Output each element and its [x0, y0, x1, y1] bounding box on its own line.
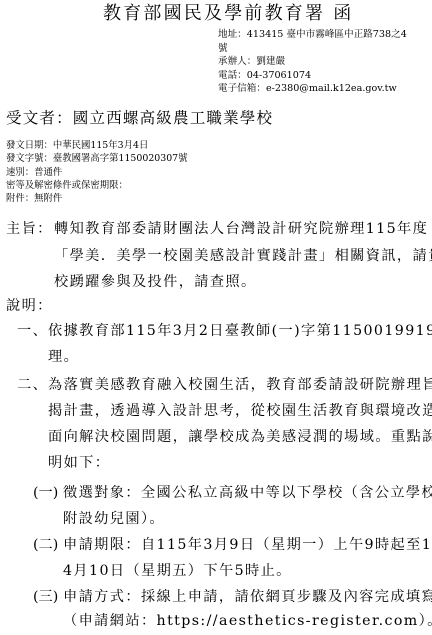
document-metadata: 發文日期：中華民國115年3月4日 發文字號：臺教國署高字第1150020307…: [6, 139, 188, 205]
sender-info-block: 地址：413415 臺中市霧峰區中正路738之4 號 承辦人：劉建嚴 電話：04…: [218, 28, 407, 96]
subitem-marker: (一): [33, 483, 58, 503]
subitem-line: 申請期限：自115年3月9日（星期一）上午9時起至115年: [63, 535, 432, 555]
subject-line: 「學美．美學一校園美感設計實踐計畫」相關資訊，請貴: [54, 246, 432, 266]
attachment-info: 附件：無附件: [6, 192, 188, 205]
issue-date: 發文日期：中華民國115年3月4日: [6, 139, 188, 152]
item-line: 面向解決校園問題，讓學校成為美感浸潤的場域。重點說: [48, 427, 432, 447]
item-line: 揭計畫，透過導入設計思考，從校園生活教育與環境改造: [48, 401, 432, 421]
item-line: 依據教育部115年3月2日臺教師(一)字第1150019919號函辦: [48, 321, 432, 341]
application-website-line[interactable]: （申請網站：https://aesthetics-register.com）。: [63, 611, 432, 631]
issuing-agency: 教育部國民及學前教育署: [103, 3, 325, 24]
item-line: 明如下：: [48, 453, 110, 473]
document-number: 發文字號：臺教國署高字第1150020307號: [6, 152, 188, 165]
phone-number: 電話：04-37061074: [218, 69, 407, 83]
subitem-line: 申請方式：採線上申請，請依網頁步驟及內容完成填寫: [63, 587, 432, 607]
subitem-line: 徵選對象：全國公私立高級中等以下學校（含公立學校: [63, 483, 432, 503]
explanation-label: 說明：: [6, 296, 53, 316]
document-title: 教育部國民及學前教育署函: [103, 3, 353, 25]
contact-person: 承辦人：劉建嚴: [218, 55, 407, 69]
subitem-line: 4月10日（星期五）下午5時止。: [63, 561, 292, 581]
sender-address-cont: 號: [218, 42, 407, 56]
item-line: 為落實美感教育融入校園生活，教育部委請設研院辦理旨: [48, 375, 432, 395]
subject-label: 主旨：: [6, 219, 53, 239]
item-marker: 一、: [17, 321, 48, 341]
item-marker: 二、: [17, 375, 48, 395]
delivery-speed: 速別：普通件: [6, 166, 188, 179]
classification-level: 密等及解密條件或保密期限：: [6, 179, 188, 192]
recipient: 受文者：國立西螺高級農工職業學校: [6, 108, 273, 128]
subitem-marker: (二): [33, 535, 58, 555]
subject-line: 轉知教育部委請財團法人台灣設計研究院辦理115年度: [54, 219, 428, 239]
email-address[interactable]: 電子信箱：e-2380@mail.k12ea.gov.tw: [218, 82, 407, 96]
subitem-line: 附設幼兒園）。: [63, 509, 165, 529]
item-line: 理。: [48, 347, 79, 367]
document-type: 函: [333, 3, 353, 24]
sender-address: 地址：413415 臺中市霧峰區中正路738之4: [218, 28, 407, 42]
subitem-marker: (三): [33, 587, 58, 607]
subject-line: 校踴躍參與及投件，請查照。: [54, 272, 257, 292]
